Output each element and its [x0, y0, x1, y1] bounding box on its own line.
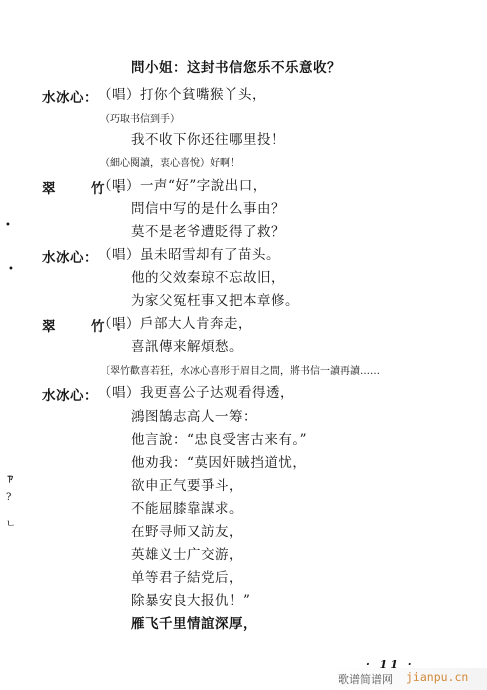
lyric-line: 鴻图鵠志高人一筹：	[131, 408, 257, 426]
lyric-line: 喜訊傳来解煩愁。	[131, 338, 243, 356]
lyric-line: 問小姐：这封书信您乐不乐意收？	[131, 59, 341, 77]
stage-direction: （細心閱讀，衷心喜悅）好啊！	[100, 155, 240, 173]
lyric-line: 除暴安良大报仇！”	[131, 592, 250, 610]
lyric-line: 他的父效秦琼不忘故旧，	[131, 269, 285, 287]
lyric-line: 他劝我：“莫因奸賊挡道忧，	[131, 454, 306, 472]
lyric-line: 不能屈膝靠謀求。	[131, 500, 243, 518]
lyric-line: 他言說：“忠良受害古来有。”	[131, 431, 307, 449]
stage-direction: 〔翠竹歡喜若狂，水冰心喜形于眉目之間，將书信一讀再讀……	[100, 363, 380, 381]
speaker-label: 水冰心：	[42, 384, 98, 404]
lyric-line: 莫不是老爷遭貶得了救？	[131, 223, 285, 241]
lyric-line: 在野寻师又訪友，	[131, 523, 243, 541]
watermark-domain: jianpu.cn	[406, 670, 468, 684]
lyric-line: （唱）戶部大人肯奔走，	[98, 315, 252, 333]
watermark-site-name: 歌谱简谱网	[338, 671, 393, 687]
margin-scan-mark: ㄗ	[5, 470, 15, 485]
lyric-line: 单等君子結党后，	[131, 569, 243, 587]
margin-dot-mark: •	[5, 220, 11, 231]
lyric-line: （唱）虽未昭雪却有了苗头。	[98, 246, 280, 264]
watermark: 歌谱简谱网 jianpu.cn	[330, 668, 487, 690]
lyric-line: （唱）我更喜公子达观看得透，	[98, 384, 294, 402]
speaker-label: 水冰心：	[42, 246, 98, 266]
stage-direction: （巧取书信到手）	[100, 111, 180, 129]
speaker-label: 水冰心：	[42, 86, 98, 106]
margin-scan-mark: ㄴ	[6, 515, 16, 530]
lyric-line: 雁飞千里情誼深厚，	[131, 615, 257, 633]
lyric-line: 英雄义士广交游，	[131, 546, 243, 564]
margin-dot-mark: •	[8, 264, 14, 275]
margin-scan-mark: ?	[6, 492, 11, 503]
lyric-line: （唱）一声“好”字說出口，	[98, 177, 267, 195]
lyric-line: 欲申正气要爭斗，	[131, 477, 243, 495]
lyric-line: 問信中写的是什么事由？	[131, 200, 285, 218]
lyric-line: 我不收下你还往哪里投！	[131, 131, 285, 149]
lyric-line: 为家父冤枉事又把本章修。	[131, 292, 299, 310]
lyric-line: （唱）打你个貧嘴猴丫头，	[98, 86, 266, 104]
